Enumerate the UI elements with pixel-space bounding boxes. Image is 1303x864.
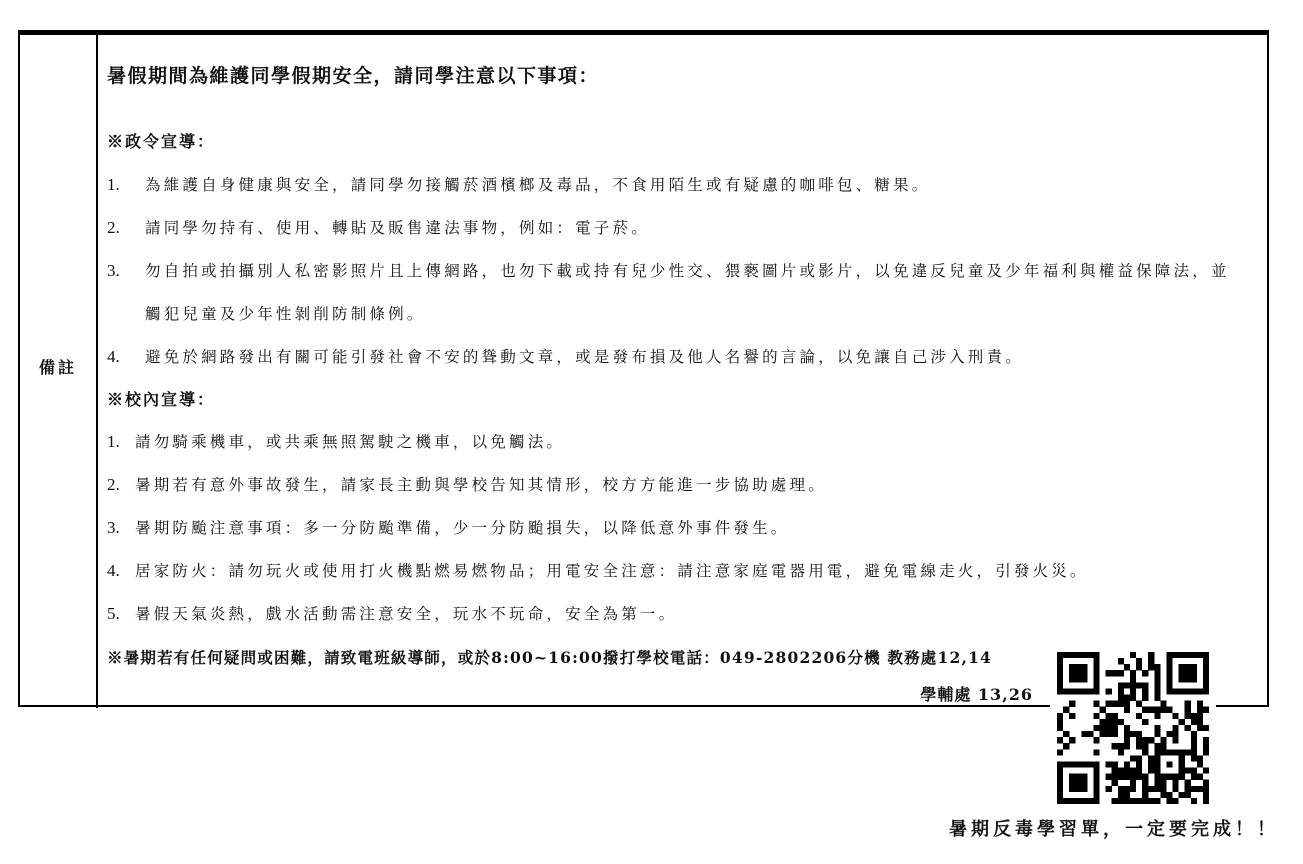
item-text: 避免於網路發出有關可能引發社會不安的聳動文章，或是發布損及他人名譽的言論，以免讓…	[145, 348, 1024, 366]
school-item-2: 2.暑期若有意外事故發生，請家長主動與學校告知其情形，校方方能進一步協助處理。	[107, 475, 827, 495]
slogan: 暑期反毒學習單，一定要完成！！	[949, 815, 1279, 841]
item-number: 2.	[107, 218, 145, 238]
item-text: 居家防火：請勿玩火或使用打火機點燃易燃物品；用電安全注意：請注意家庭電器用電，避…	[135, 562, 1089, 580]
gov-item-2: 2.請同學勿持有、使用、轉貼及販售違法事物，例如：電子菸。	[107, 218, 650, 238]
item-text: 請同學勿持有、使用、轉貼及販售違法事物，例如：電子菸。	[145, 219, 650, 237]
item-number: 4.	[107, 347, 145, 367]
gov-item-1: 1.為維護自身健康與安全，請同學勿接觸菸酒檳榔及毒品，不食用陌生或有疑慮的咖啡包…	[107, 175, 930, 195]
item-text: 暑期防颱注意事項：多一分防颱準備，少一分防颱損失，以降低意外事件發生。	[135, 519, 790, 537]
item-text: 請勿騎乘機車，或共乘無照駕駛之機車，以免觸法。	[135, 433, 565, 451]
item-number: 1.	[107, 175, 145, 195]
document-page: 備註 暑假期間為維護同學假期安全，請同學注意以下事項： ※政令宣導： 1.為維護…	[0, 0, 1303, 864]
item-text: 為維護自身健康與安全，請同學勿接觸菸酒檳榔及毒品，不食用陌生或有疑慮的咖啡包、糖…	[145, 176, 930, 194]
item-text: 暑期若有意外事故發生，請家長主動與學校告知其情形，校方方能進一步協助處理。	[135, 476, 827, 494]
item-text: 暑假天氣炎熱，戲水活動需注意安全，玩水不玩命，安全為第一。	[135, 605, 677, 623]
gov-item-3: 3.勿自拍或拍攝別人私密影照片且上傳網路，也勿下載或持有兒少性交、猥褻圖片或影片…	[107, 261, 1230, 281]
school-item-4: 4.居家防火：請勿玩火或使用打火機點燃易燃物品；用電安全注意：請注意家庭電器用電…	[107, 561, 1089, 581]
item-number: 2.	[107, 475, 135, 495]
notice-title: 暑假期間為維護同學假期安全，請同學注意以下事項：	[107, 66, 599, 86]
qr-code-icon	[1056, 652, 1210, 804]
qr-code[interactable]	[1050, 646, 1216, 810]
gov-item-4: 4.避免於網路發出有關可能引發社會不安的聳動文章，或是發布損及他人名譽的言論，以…	[107, 347, 1024, 367]
notes-label: 備註	[20, 355, 96, 378]
item-number: 3.	[107, 261, 145, 281]
contact-info: ※暑期若有任何疑問或困難，請致電班級導師，或於8:00~16:00撥打學校電話：…	[107, 648, 992, 668]
item-number: 4.	[107, 561, 135, 581]
item-text: 勿自拍或拍攝別人私密影照片且上傳網路，也勿下載或持有兒少性交、猥褻圖片或影片，以…	[145, 262, 1230, 280]
item-number: 1.	[107, 432, 135, 452]
school-item-5: 5.暑假天氣炎熱，戲水活動需注意安全，玩水不玩命，安全為第一。	[107, 604, 677, 624]
item-number: 3.	[107, 518, 135, 538]
school-item-1: 1.請勿騎乘機車，或共乘無照駕駛之機車，以免觸法。	[107, 432, 565, 452]
gov-item-3-continuation: 觸犯兒童及少年性剝削防制條例。	[145, 304, 426, 324]
column-divider	[96, 30, 98, 708]
item-number: 5.	[107, 604, 135, 624]
government-section-heading: ※政令宣導：	[107, 132, 215, 152]
contact-extension-counseling: 學輔處 13,26	[920, 682, 1033, 705]
school-section-heading: ※校內宣導：	[107, 390, 215, 410]
school-item-3: 3.暑期防颱注意事項：多一分防颱準備，少一分防颱損失，以降低意外事件發生。	[107, 518, 790, 538]
